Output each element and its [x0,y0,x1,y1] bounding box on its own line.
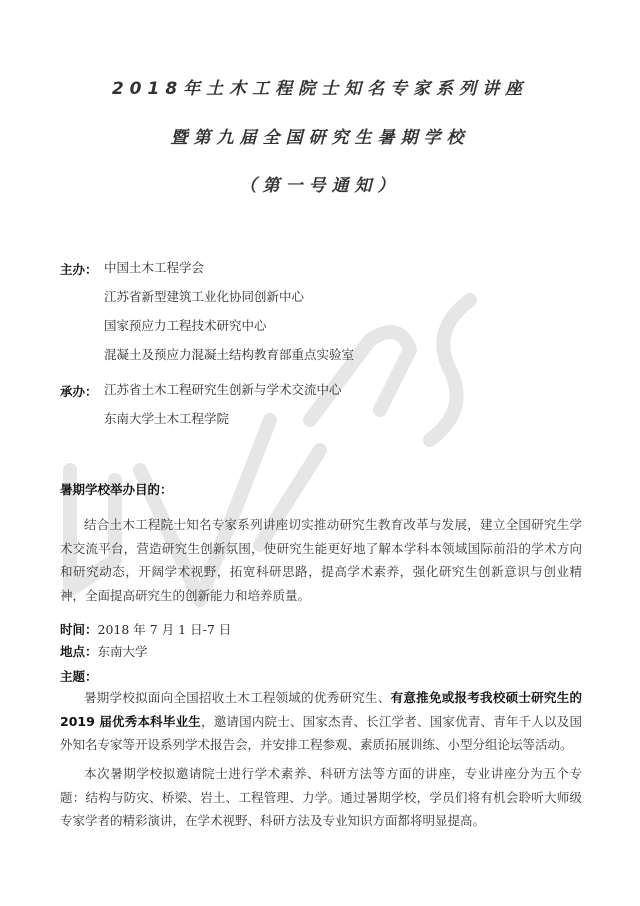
time-value: 2018 年 7 月 1 日-7 日 [98,622,232,637]
theme-text: 暑期学校拟面向全国招收土木工程领域的优秀研究生、 [84,690,391,705]
time-label: 时间： [60,622,98,637]
host-item: 混凝土及预应力混凝土结构教育部重点实验室 [104,347,354,363]
purpose-heading: 暑期学校举办目的： [60,480,173,498]
location-label: 地点： [60,644,98,659]
purpose-paragraph: 结合土木工程院士知名专家系列讲座切实推动研究生教育改革与发展，建立全国研究生学术… [60,513,582,607]
document-title-line-1: 2018年土木工程院士知名专家系列讲座 [0,74,640,99]
theme-heading: 主题： [60,667,98,685]
undertaker-label: 承办： [60,382,98,400]
document-title-line-2: 暨第九届全国研究生暑期学校 [0,123,640,148]
host-item: 中国土木工程学会 [104,260,204,276]
theme-paragraph-2: 本次暑期学校拟邀请院士进行学术素养、科研方法等方面的讲座，专业讲座分为五个专题：… [60,762,582,833]
host-item: 国家预应力工程技术研究中心 [104,318,267,334]
undertaker-item: 东南大学土木工程学院 [104,411,229,427]
time-row: 时间：2018 年 7 月 1 日-7 日 [60,620,231,638]
undertaker-item: 江苏省土木工程研究生创新与学术交流中心 [104,382,342,398]
host-item: 江苏省新型建筑工业化协同创新中心 [104,289,304,305]
document-title-line-3: （第一号通知） [0,171,640,196]
location-row: 地点：东南大学 [60,642,148,660]
theme-paragraph-1: 暑期学校拟面向全国招收土木工程领域的优秀研究生、有意推免或报考我校硕士研究生的 … [60,686,582,757]
location-value: 东南大学 [98,644,148,659]
host-label: 主办： [60,260,98,278]
